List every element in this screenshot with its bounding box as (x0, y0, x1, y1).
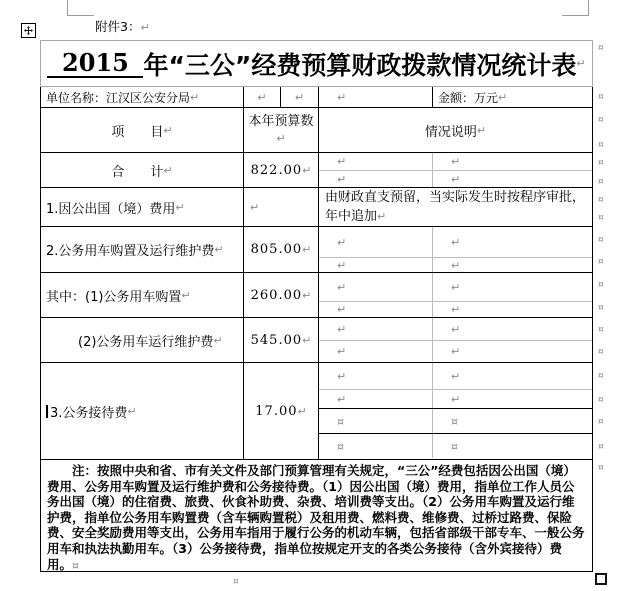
note-subcell[interactable]: ↵ (319, 341, 433, 361)
title-text: 年“三公”经费预算财政拨款情况统计表 (143, 46, 576, 82)
note-subcell[interactable]: ↵ (433, 318, 592, 340)
document-page: 附件3：↵ 2015年“三公”经费预算财政拨款情况统计表↵ 单位名称：江汉区公安… (0, 0, 632, 591)
note-subcell[interactable]: ¤ (433, 434, 592, 458)
note-subcell[interactable]: ↵ (433, 171, 592, 187)
paragraph-mark: ↵ (451, 155, 460, 168)
paragraph-mark: ↵ (451, 281, 460, 294)
table-row-total: 合 计↵ 822.00↵ ↵↵ ↵↵ (41, 152, 592, 187)
paragraph-mark: ↵ (576, 57, 585, 70)
attachment-label[interactable]: 附件3：↵ (95, 17, 150, 35)
cell-end-mark: ¤ (451, 415, 458, 428)
table-resize-handle[interactable] (595, 573, 607, 585)
row-end-mark: ¤ (598, 44, 604, 53)
note-cell[interactable]: 由财政直支预留，当实际发生时按程序审批，年中追加↵ (319, 188, 592, 226)
note-cell: ↵↵ ↵↵ (319, 318, 592, 362)
note-cell: ↵↵ ↵↵ (319, 227, 592, 272)
unit-name-cell[interactable]: 单位名称：江汉区公安分局↵ (41, 87, 244, 107)
row-end-mark: ¤ (598, 396, 604, 405)
row-end-mark: ¤ (598, 159, 604, 168)
paragraph-mark: ↵ (337, 345, 346, 358)
paragraph-mark: ↵ (451, 173, 460, 186)
paragraph-mark: ↵ (276, 132, 285, 145)
paragraph-mark: ↵ (302, 243, 311, 256)
paragraph-mark: ↵ (451, 323, 460, 336)
row-end-mark: ¤ (598, 372, 604, 381)
footnote-cell[interactable]: 注：按照中央和省、市有关文件及部门预算管理有关规定，“三公”经费包括因公出国（境… (41, 460, 592, 571)
row-end-mark: ¤ (598, 93, 604, 102)
row-end-mark: ¤ (598, 258, 604, 267)
row-end-mark: ¤ (598, 464, 604, 473)
header-note-cell[interactable]: 情况说明↵ (319, 108, 592, 152)
row-end-mark: ¤ (598, 141, 604, 150)
info-row: 单位名称：江汉区公安分局↵ ↵ ↵ ↵ 金额：万元↵ (41, 87, 592, 107)
paragraph-mark: ↵ (337, 323, 346, 336)
empty-cell[interactable]: ↵ (281, 87, 319, 107)
cell-end-mark: ¤ (337, 440, 344, 453)
row-end-mark: ¤ (598, 116, 604, 125)
table-move-handle[interactable] (21, 23, 36, 38)
note-subcell[interactable]: ↵ (433, 341, 592, 361)
header-item-cell[interactable]: 项 目↵ (41, 108, 244, 152)
title-year: 2015 (47, 50, 143, 78)
margin-corner-mark-right (562, 0, 589, 16)
note-subcell[interactable]: ↵ (433, 390, 592, 408)
note-subcell[interactable]: ↵ (319, 171, 433, 187)
item-cell[interactable]: 其中：(1)公务用车购置↵ (41, 273, 244, 317)
note-subcell[interactable]: ↵ (319, 153, 433, 170)
paragraph-mark: ↵ (451, 259, 460, 272)
budget-cell[interactable]: 805.00↵ (244, 227, 319, 272)
empty-cell[interactable]: ↵ (319, 87, 433, 107)
table-row-vehicle-purchase: 其中：(1)公务用车购置↵ 260.00↵ ↵↵ ↵↵ (41, 272, 592, 317)
attachment-label-text: 附件3： (95, 19, 140, 34)
budget-cell[interactable]: ↵ (244, 188, 319, 226)
paragraph-mark: ↵ (337, 303, 346, 316)
header-budget-cell[interactable]: 本年预算数↵ (244, 108, 319, 152)
margin-corner-mark-left (67, 0, 94, 16)
note-cell: ↵↵ ↵↵ (319, 153, 592, 187)
row-end-mark: ¤ (598, 443, 604, 452)
move-arrows-icon (24, 26, 33, 35)
row-end-mark: ¤ (598, 196, 604, 205)
budget-cell[interactable]: 260.00↵ (244, 273, 319, 317)
cell-end-mark: ¤ (72, 559, 79, 572)
paragraph-mark: ↵ (451, 393, 460, 406)
paragraph-mark: ↵ (337, 370, 346, 383)
footnote-text: 注：按照中央和省、市有关文件及部门预算管理有关规定，“三公”经费包括因公出国（境… (47, 463, 586, 573)
table-title-cell[interactable]: 2015年“三公”经费预算财政拨款情况统计表↵ (40, 40, 593, 87)
note-subcell[interactable]: ↵ (433, 227, 592, 257)
item-cell[interactable]: (2)公务用车运行维护费↵ (41, 318, 244, 362)
budget-cell[interactable]: 17.00↵ (244, 363, 319, 459)
paragraph-mark: ↵ (214, 243, 223, 256)
budget-cell[interactable]: 822.00↵ (244, 153, 319, 187)
row-end-mark: ¤ (598, 281, 604, 290)
paragraph-mark: ↵ (175, 201, 184, 214)
paragraph-mark: ↵ (302, 334, 311, 347)
row-end-mark: ¤ (598, 178, 604, 187)
paragraph-mark: ↵ (451, 303, 460, 316)
note-subcell[interactable]: ↵ (319, 302, 433, 317)
paragraph-mark: ↵ (337, 155, 346, 168)
row-end-mark: ¤ (598, 236, 604, 245)
table-row-vehicle-maintenance: (2)公务用车运行维护费↵ 545.00↵ ↵↵ ↵↵ (41, 317, 592, 362)
paragraph-mark: ↵ (140, 21, 149, 34)
paragraph-mark: ↵ (127, 405, 136, 418)
paragraph-mark: ↵ (163, 124, 172, 137)
paragraph-mark: ↵ (451, 236, 460, 249)
paragraph-mark: ↵ (337, 91, 346, 104)
item-cell[interactable]: 1.因公出国（境）费用↵ (41, 188, 244, 226)
item-cell[interactable]: 合 计↵ (41, 153, 244, 187)
note-subcell[interactable]: ¤ (433, 409, 592, 433)
paragraph-mark: ↵ (181, 289, 190, 302)
paragraph-mark: ↵ (295, 91, 304, 104)
note-subcell[interactable]: ↵ (319, 318, 433, 340)
note-subcell[interactable]: ↵ (433, 258, 592, 272)
note-subcell[interactable]: ¤ (319, 434, 433, 458)
note-subcell[interactable]: ↵ (433, 302, 592, 317)
paragraph-mark: ↵ (337, 259, 346, 272)
paragraph-mark: ↵ (298, 405, 307, 418)
note-subcell[interactable]: ↵ (319, 390, 433, 408)
table-row-reception: 3.公务接待费↵ 17.00↵ ↵↵ ↵↵ ¤¤ ¤¤ (41, 362, 592, 459)
amount-unit-cell[interactable]: 金额：万元↵ (433, 87, 592, 107)
paragraph-mark: ↵ (337, 393, 346, 406)
note-subcell[interactable]: ↵ (319, 363, 433, 389)
item-cell[interactable]: 2.公务用车购置及运行维护费↵ (41, 227, 244, 272)
budget-cell[interactable]: 545.00↵ (244, 318, 319, 362)
footnote-row: 注：按照中央和省、市有关文件及部门预算管理有关规定，“三公”经费包括因公出国（境… (41, 459, 592, 571)
paragraph-mark: ↵ (302, 164, 311, 177)
paragraph-mark: ↵ (213, 334, 222, 347)
table-row-vehicle-total: 2.公务用车购置及运行维护费↵ 805.00↵ ↵↵ ↵↵ (41, 226, 592, 272)
paragraph-mark: ↵ (257, 91, 266, 104)
table-body: 单位名称：江汉区公安分局↵ ↵ ↵ ↵ 金额：万元↵ 项 目↵ 本年预算数↵ 情… (40, 87, 593, 572)
paragraph-mark: ↵ (498, 91, 507, 104)
row-end-mark: ¤ (598, 418, 604, 427)
paragraph-mark: ↵ (337, 281, 346, 294)
table-row-abroad: 1.因公出国（境）费用↵ ↵ 由财政直支预留，当实际发生时按程序审批，年中追加↵ (41, 187, 592, 226)
after-table-mark: ¤ (233, 578, 239, 587)
text-cursor (46, 405, 48, 418)
note-cell: ↵↵ ↵↵ (319, 273, 592, 317)
note-subcell[interactable]: ↵ (319, 273, 433, 301)
row-end-mark: ¤ (598, 326, 604, 335)
row-end-mark: ¤ (598, 214, 604, 223)
paragraph-mark: ↵ (377, 210, 386, 223)
item-cell[interactable]: 3.公务接待费↵ (41, 363, 244, 459)
cell-end-mark: ¤ (337, 415, 344, 428)
paragraph-mark: ↵ (451, 345, 460, 358)
cell-end-mark: ¤ (451, 440, 458, 453)
paragraph-mark: ↵ (190, 91, 199, 104)
paragraph-mark: ↵ (451, 370, 460, 383)
statistics-table: 2015年“三公”经费预算财政拨款情况统计表↵ 单位名称：江汉区公安分局↵ ↵ … (40, 40, 593, 572)
paragraph-mark: ↵ (163, 164, 172, 177)
paragraph-mark: ↵ (337, 236, 346, 249)
note-subcell[interactable]: ↵ (433, 273, 592, 301)
paragraph-mark: ↵ (337, 173, 346, 186)
paragraph-mark: ↵ (477, 124, 486, 137)
row-end-mark: ¤ (598, 304, 604, 313)
note-subcell[interactable]: ↵ (433, 153, 592, 170)
note-subcell[interactable]: ↵ (319, 227, 433, 257)
row-end-mark: ¤ (598, 348, 604, 357)
paragraph-mark: ↵ (250, 201, 259, 214)
note-subcell[interactable]: ↵ (433, 363, 592, 389)
empty-cell[interactable]: ↵ (244, 87, 281, 107)
note-subcell[interactable]: ↵ (319, 258, 433, 272)
header-row: 项 目↵ 本年预算数↵ 情况说明↵ (41, 107, 592, 152)
paragraph-mark: ↵ (302, 289, 311, 302)
note-subcell[interactable]: ¤ (319, 409, 433, 433)
note-cell: ↵↵ ↵↵ ¤¤ ¤¤ (319, 363, 592, 459)
